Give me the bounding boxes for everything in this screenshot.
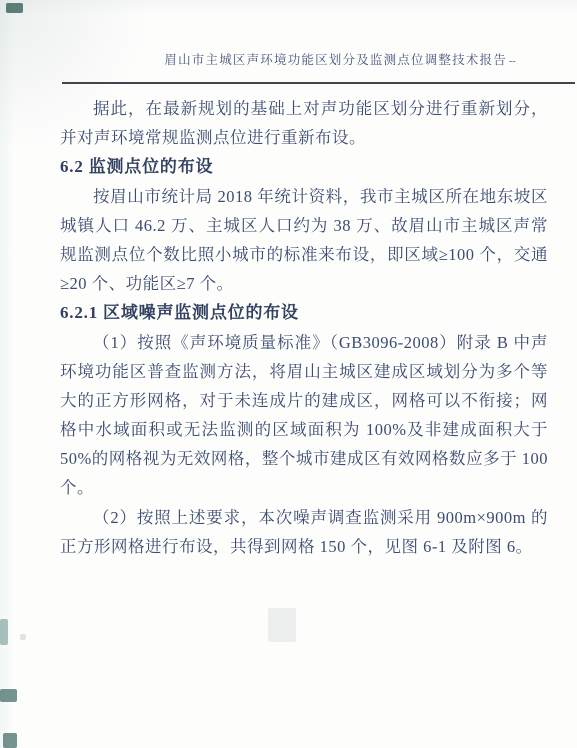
paragraph-line: 规监测点位个数比照小城市的标准来布设，即区域≥100 个，交通: [60, 240, 548, 269]
paragraph-line: （1）按照《声环境质量标准》（GB3096-2008）附录 B 中声: [60, 328, 548, 357]
paragraph-line: 正方形网格进行布设，共得到网格 150 个，见图 6-1 及附图 6。: [60, 532, 548, 561]
edge-mark-left-lower: [0, 689, 17, 702]
page-header: 眉山市主城区声环境功能区划分及监测点位调整技术报告--: [130, 50, 550, 68]
paragraph-line: ≥20 个、功能区≥7 个。: [60, 269, 548, 298]
corner-mark-top-left: [6, 3, 23, 13]
running-title: 眉山市主城区声环境功能区划分及监测点位调整技术报告: [164, 53, 507, 67]
document-page: 眉山市主城区声环境功能区划分及监测点位调整技术报告-- 据此，在最新规划的基础上…: [0, 0, 577, 748]
paragraph-line: 并对声环境常规监测点位进行重新布设。: [60, 123, 548, 152]
fold-smudge-center: [268, 608, 296, 642]
corner-mark-bottom-left: [3, 733, 17, 748]
paragraph-line: 50%的网格视为无效网格，整个城市建成区有效网格数应多于 100: [60, 444, 548, 473]
header-rule: [62, 82, 575, 84]
header-suffix-mark: --: [509, 56, 516, 67]
paragraph-line: 城镇人口 46.2 万、主城区人口约为 38 万、故眉山市主城区声常: [60, 211, 548, 240]
paragraph-line: 大的正方形网格，对于未连成片的建成区，网格可以不衔接；网: [60, 386, 548, 415]
paragraph-line: 据此，在最新规划的基础上对声功能区划分进行重新划分，: [60, 94, 548, 123]
paragraph-line: 环境功能区普查监测方法，将眉山主城区建成区域划分为多个等: [60, 357, 548, 386]
paragraph-line: 按眉山市统计局 2018 年统计资料，我市主城区所在地东坡区: [60, 182, 548, 211]
paragraph-line: （2）按照上述要求，本次噪声调查监测采用 900m×900m 的: [60, 503, 548, 532]
speck-left-lower: [20, 634, 26, 640]
paragraph-line: 格中水域面积或无法监测的区域面积为 100%及非建成面积大于: [60, 415, 548, 444]
document-body: 据此，在最新规划的基础上对声功能区划分进行重新划分， 并对声环境常规监测点位进行…: [60, 94, 548, 561]
paragraph-line: 个。: [60, 473, 548, 502]
edge-mark-left-middle: [0, 619, 8, 645]
section-heading-6-2-1: 6.2.1 区域噪声监测点位的布设: [60, 298, 548, 327]
section-heading-6-2: 6.2 监测点位的布设: [60, 152, 548, 181]
